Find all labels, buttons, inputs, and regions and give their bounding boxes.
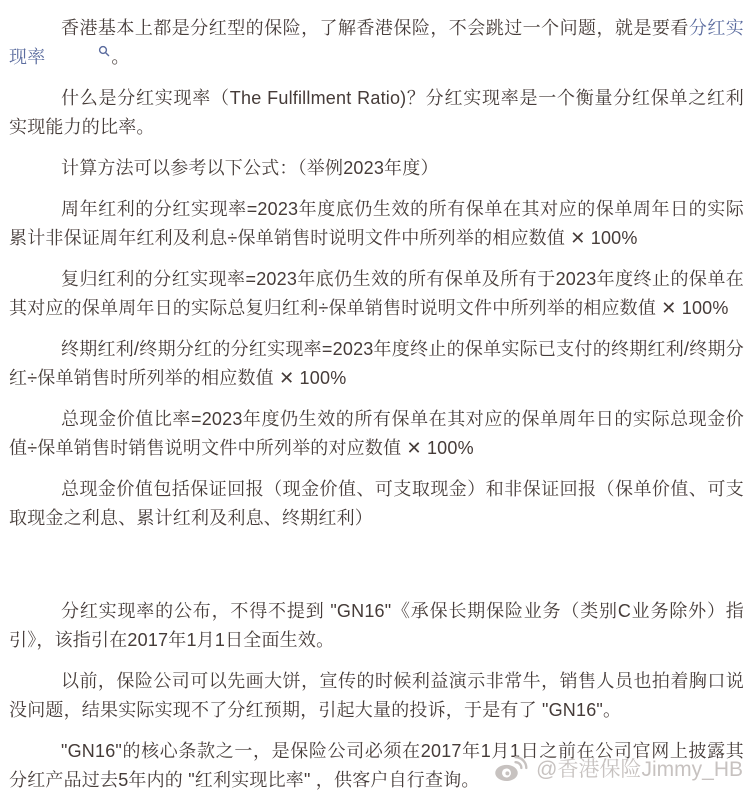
- paragraph-definition: 什么是分红实现率（The Fulfillment Ratio)？分红实现率是一个…: [9, 84, 744, 142]
- paragraph-gn16-core-clause: "GN16"的核心条款之一，是保险公司必须在2017年1月1日之前在公司官网上披…: [9, 737, 744, 791]
- paragraph-text: 。: [111, 47, 129, 67]
- article-body: 香港基本上都是分红型的保险，了解香港保险，不会跳过一个问题，就是要看分红实现率。…: [0, 0, 751, 791]
- paragraph-gn16-intro: 分红实现率的公布，不得不提到 "GN16"《承保长期保险业务（类别C业务除外）指…: [9, 597, 744, 655]
- paragraph-total-cash-value-note: 总现金价值包括保证回报（现金价值、可支取现金）和非保证回报（保单价值、可支取现金…: [9, 475, 744, 533]
- paragraph-formula-intro: 计算方法可以参考以下公式：（举例2023年度）: [9, 154, 744, 183]
- paragraph-intro: 香港基本上都是分红型的保险，了解香港保险，不会跳过一个问题，就是要看分红实现率。: [9, 14, 744, 72]
- paragraph-text: 香港基本上都是分红型的保险，了解香港保险，不会跳过一个问题，就是要看: [61, 18, 689, 38]
- paragraph-formula-terminal-dividend: 终期红利/终期分红的分红实现率=2023年度终止的保单实际已支付的终期红利/终期…: [9, 335, 744, 393]
- paragraph-formula-annual-dividend: 周年红利的分红实现率=2023年度底仍生效的所有保单在其对应的保单周年日的实际累…: [9, 195, 744, 253]
- paragraph-gap: [9, 545, 744, 585]
- paragraph-gn16-background: 以前，保险公司可以先画大饼，宣传的时候利益演示非常牛，销售人员也拍着胸口说没问题…: [9, 667, 744, 725]
- paragraph-formula-total-cash-value: 总现金价值比率=2023年度仍生效的所有保单在其对应的保单周年日的实际总现金价值…: [9, 405, 744, 463]
- paragraph-formula-reversionary-bonus: 复归红利的分红实现率=2023年底仍生效的所有保单及所有于2023年度终止的保单…: [9, 265, 744, 323]
- search-icon[interactable]: [46, 45, 110, 57]
